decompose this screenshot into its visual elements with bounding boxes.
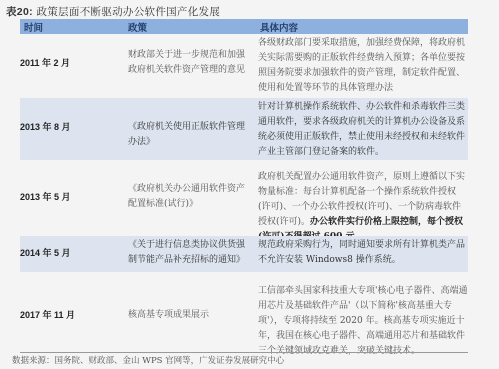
row-date: 2017 年 11 月 <box>20 308 75 323</box>
row-content: 政府机关配置办公通用软件资产，原则上遵循以下实物量标准：每台计算机配备一个操作系… <box>258 170 468 245</box>
table-row: 2017 年 11 月 核高基专项成果展示 工信部牵头国家科技重大专项'核心电子… <box>20 282 468 348</box>
table-caption: 表20: 政策层面不断驱动办公软件国产化发展 <box>6 4 220 19</box>
row-policy: 财政部关于进一步规范和加强政府机关软件资产管理的意见 <box>128 48 248 78</box>
row-content: 针对计算机操作系统软件、办公软件和杀毒软件三类通用软件，要求各级政府机关的计算机… <box>258 100 468 160</box>
row-date: 2013 年 5 月 <box>20 190 71 205</box>
header-time: 时间 <box>24 20 43 34</box>
header-policy: 政策 <box>128 20 147 34</box>
row-content: 各级财政部门要采取措施，加强经费保障，将政府机关实际需要购的正版软件经费纳入预算… <box>258 36 468 96</box>
row-policy: 《政府机关使用正版软件管理办法》 <box>128 120 248 150</box>
row-policy: 《政府机关办公通用软件资产配置标准(试行)》 <box>128 182 248 212</box>
source-divider <box>20 352 468 353</box>
row-content: 规范政府采购行为，同时通知要求所有计算机类产品不允许安装 Windows8 操作… <box>258 238 468 268</box>
row-date: 2014 年 5 月 <box>20 246 71 261</box>
caption-title: 政策层面不断驱动办公软件国产化发展 <box>37 6 221 18</box>
table-row: 2013 年 5 月 《政府机关办公通用软件资产配置标准(试行)》 政府机关配置… <box>20 170 468 228</box>
table-row: 2013 年 8 月 《政府机关使用正版软件管理办法》 针对计算机操作系统软件、… <box>20 98 468 160</box>
caption-label: 表20: <box>6 6 33 18</box>
header-content: 具体内容 <box>260 20 298 34</box>
table-header: 时间 政策 具体内容 <box>20 19 468 34</box>
source-note: 数据来源：国务院、财政部、金山 WPS 官网等，广发证券发展研究中心 <box>12 354 284 366</box>
table-row: 2011 年 2 月 财政部关于进一步规范和加强政府机关软件资产管理的意见 各级… <box>20 36 468 90</box>
row-policy: 核高基专项成果展示 <box>128 308 248 323</box>
table-row: 2014 年 5 月 《关于进行信息类协议供货强制节能产品补充招标的通知》 规范… <box>20 236 468 272</box>
row-policy: 《关于进行信息类协议供货强制节能产品补充招标的通知》 <box>128 238 248 268</box>
row-date: 2013 年 8 月 <box>20 120 71 135</box>
row-date: 2011 年 2 月 <box>20 56 70 71</box>
row-content: 工信部牵头国家科技重大专项'核心电子器件、高端通用芯片及基础软件产品'（以下简称… <box>258 284 468 359</box>
